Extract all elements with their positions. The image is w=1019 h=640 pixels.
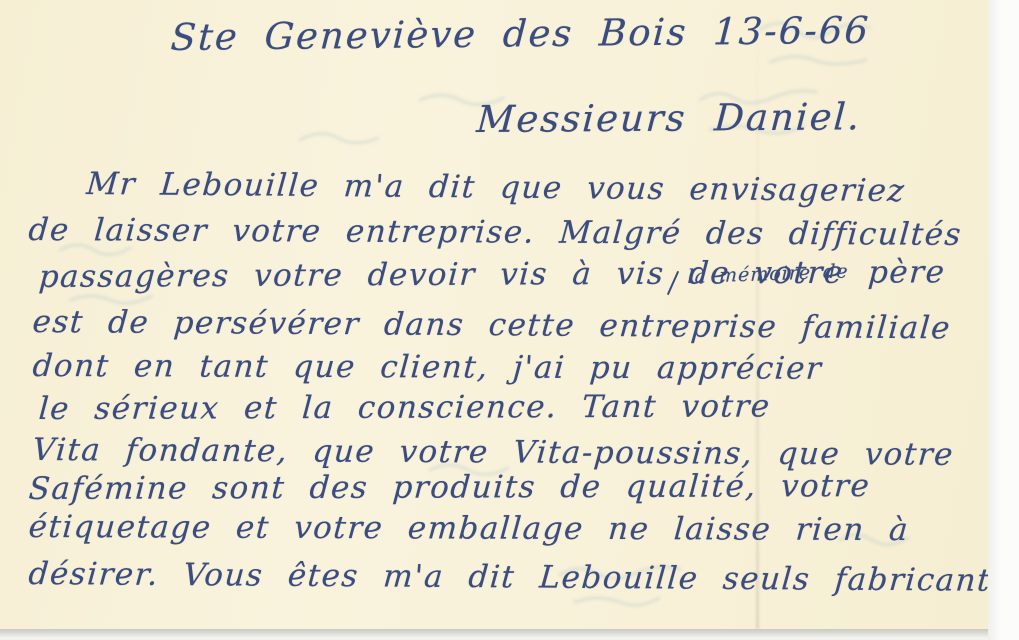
letter-salutation: Messieurs Daniel. xyxy=(475,95,862,141)
letter-line: de laisser votre entreprise. Malgré des … xyxy=(27,212,963,253)
letter-place-date: Ste Geneviève des Bois 13-6-66 xyxy=(169,9,871,59)
letter-line: étiquetage et votre emballage ne laisse … xyxy=(27,509,910,548)
letter-line: le sérieux et la conscience. Tant votre xyxy=(38,388,772,427)
letter-line: Mr Lebouille m'a dit que vous envisageri… xyxy=(85,166,907,209)
scan-edge-right xyxy=(988,0,1019,640)
letter-line: Safémine sont des produits de qualité, v… xyxy=(28,468,872,507)
scan-edge-bottom xyxy=(0,629,988,640)
scanned-letter: Ste Geneviève des Bois 13-6-66 Messieurs… xyxy=(0,0,1019,640)
letter-line: est de persévérer dans cette entreprise … xyxy=(31,304,952,346)
letter-line: Vita fondante, que votre Vita-poussins, … xyxy=(31,432,955,473)
letter-line: dont en tant que client, j'ai pu appréci… xyxy=(31,348,823,387)
letter-line: désirer. Vous êtes m'a dit Lebouille seu… xyxy=(27,556,1010,599)
